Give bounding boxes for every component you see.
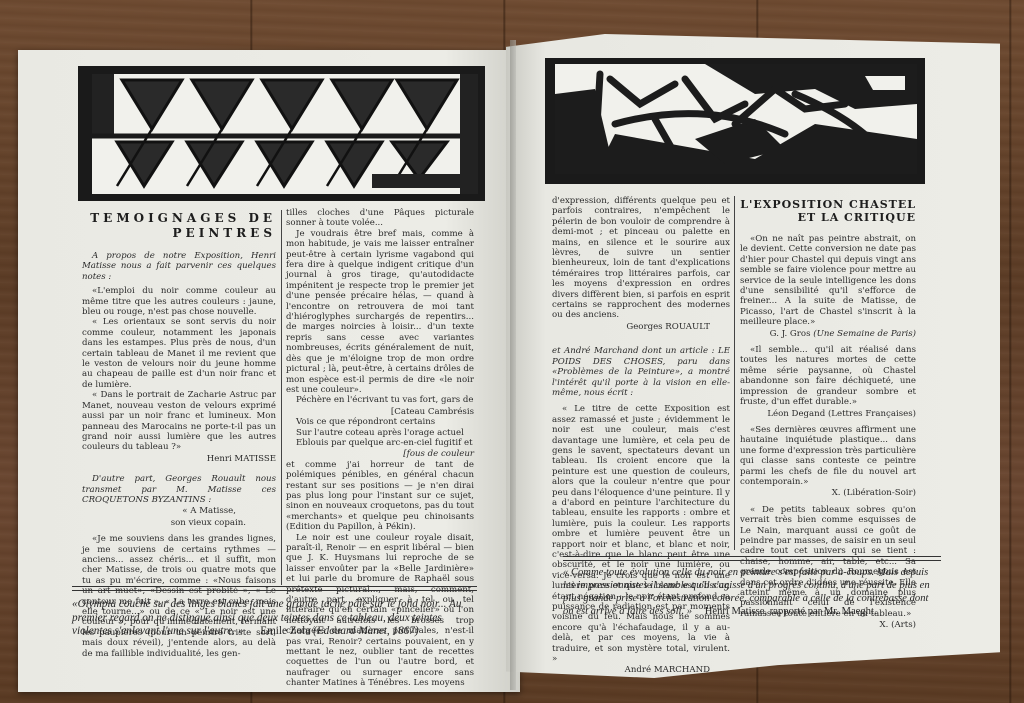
dedication-line: « A Matisse, <box>82 506 276 516</box>
review-source: (Arts) <box>891 620 916 630</box>
left-column-1: TEMOIGNAGES DE PEINTRES A propos de notr… <box>82 211 276 659</box>
rouault-paragraph: Péchère en l'écrivant tu vas fort, gars … <box>286 395 474 405</box>
signature-marchand: André MARCHAND <box>552 665 730 675</box>
rouault-paragraph: et comme j'ai horreur de tant de polémiq… <box>286 460 474 533</box>
book-gutter <box>510 40 516 690</box>
matisse-intro: A propos de notre Exposition, Henri Mati… <box>82 251 276 282</box>
review-text: «Il semble... qu'il ait réalisé dans tou… <box>740 345 916 407</box>
signature-rouault: Georges ROUAULT <box>552 322 730 332</box>
right-illustration-abstract <box>545 58 925 184</box>
review-author: G. J. Gros <box>770 329 811 339</box>
rouault-paragraph: Je voudrais être bref mais, comme à mon … <box>286 229 474 396</box>
matisse-paragraph: « Dans le portrait de Zacharie Astruc pa… <box>82 390 276 452</box>
article-title-temoignages: TEMOIGNAGES DE PEINTRES <box>82 211 276 241</box>
verse-continuation: [fous de couleur <box>286 449 474 459</box>
verse-line: Eblouis par quelque arc-en-ciel fugitif … <box>286 438 474 448</box>
rouault-paragraph: d'expression, différents quelque peu et … <box>552 196 730 321</box>
zola-author: Emile Zola <box>260 625 310 637</box>
rouault-paragraph: «Je me souviens dans les grandes lignes,… <box>82 534 276 659</box>
marchand-intro: et André Marchand dont un article : LE P… <box>552 346 730 398</box>
matisse-paragraph: «L'emploi du noir comme couleur au même … <box>82 286 276 317</box>
column-divider <box>734 196 735 550</box>
article-title-chastel: L'EXPOSITION CHASTEL ET LA CRITIQUE <box>740 198 916 224</box>
title-line: L'EXPOSITION CHASTEL <box>740 198 916 211</box>
matisse-quote: « Comme toute évolution celle du noir en… <box>563 566 941 618</box>
title-line: ET LA CRITIQUE <box>740 211 916 224</box>
rouault-paragraph: tilles cloches d'une Pâques picturale so… <box>286 208 474 229</box>
verse-continuation: [Cateau Cambrésis <box>286 407 474 417</box>
right-quote-rule <box>563 556 941 561</box>
left-illustration-triangle-frieze <box>78 66 485 201</box>
review-text: «On ne naît pas peintre abstrait, on le … <box>740 234 916 328</box>
review-source: (Libération-Soir) <box>843 488 916 498</box>
review-author: Léon Degand <box>767 409 825 419</box>
rouault-intro: D'autre part, Georges Rouault nous trans… <box>82 474 276 505</box>
verse-line: Vois ce que répondront certains <box>286 417 474 427</box>
signature-matisse: Henri MATISSE <box>82 454 276 464</box>
zola-source: (Edouard Manet, 1867) <box>313 625 419 637</box>
abstract-crayon-drawing <box>555 64 917 174</box>
review-author: X. <box>832 488 841 498</box>
review-source: (Lettres Françaises) <box>828 409 916 419</box>
left-quote-rule <box>72 586 477 591</box>
matisse-paragraph: « Les orientaux se sont servis du noir c… <box>82 317 276 390</box>
triangle-frieze-drawing <box>92 74 478 194</box>
column-divider <box>281 210 282 585</box>
review-source: (Une Semaine de Paris) <box>813 329 916 339</box>
verse-line: Sur l'autre coteau après l'orage actuel <box>286 428 474 438</box>
review-text: «Ses dernières œuvres affirment une haut… <box>740 425 916 487</box>
matisse-quote-author: Henri Matisse, rapporté par Mr. Maeght. <box>705 606 877 617</box>
dedication-line: son vieux copain. <box>82 518 276 528</box>
review-author: X. <box>880 620 889 630</box>
marchand-paragraph: « Le titre de cette Exposition est assez… <box>552 404 730 664</box>
zola-quote: «Olympia couché sur des linges blancs fa… <box>72 598 477 639</box>
